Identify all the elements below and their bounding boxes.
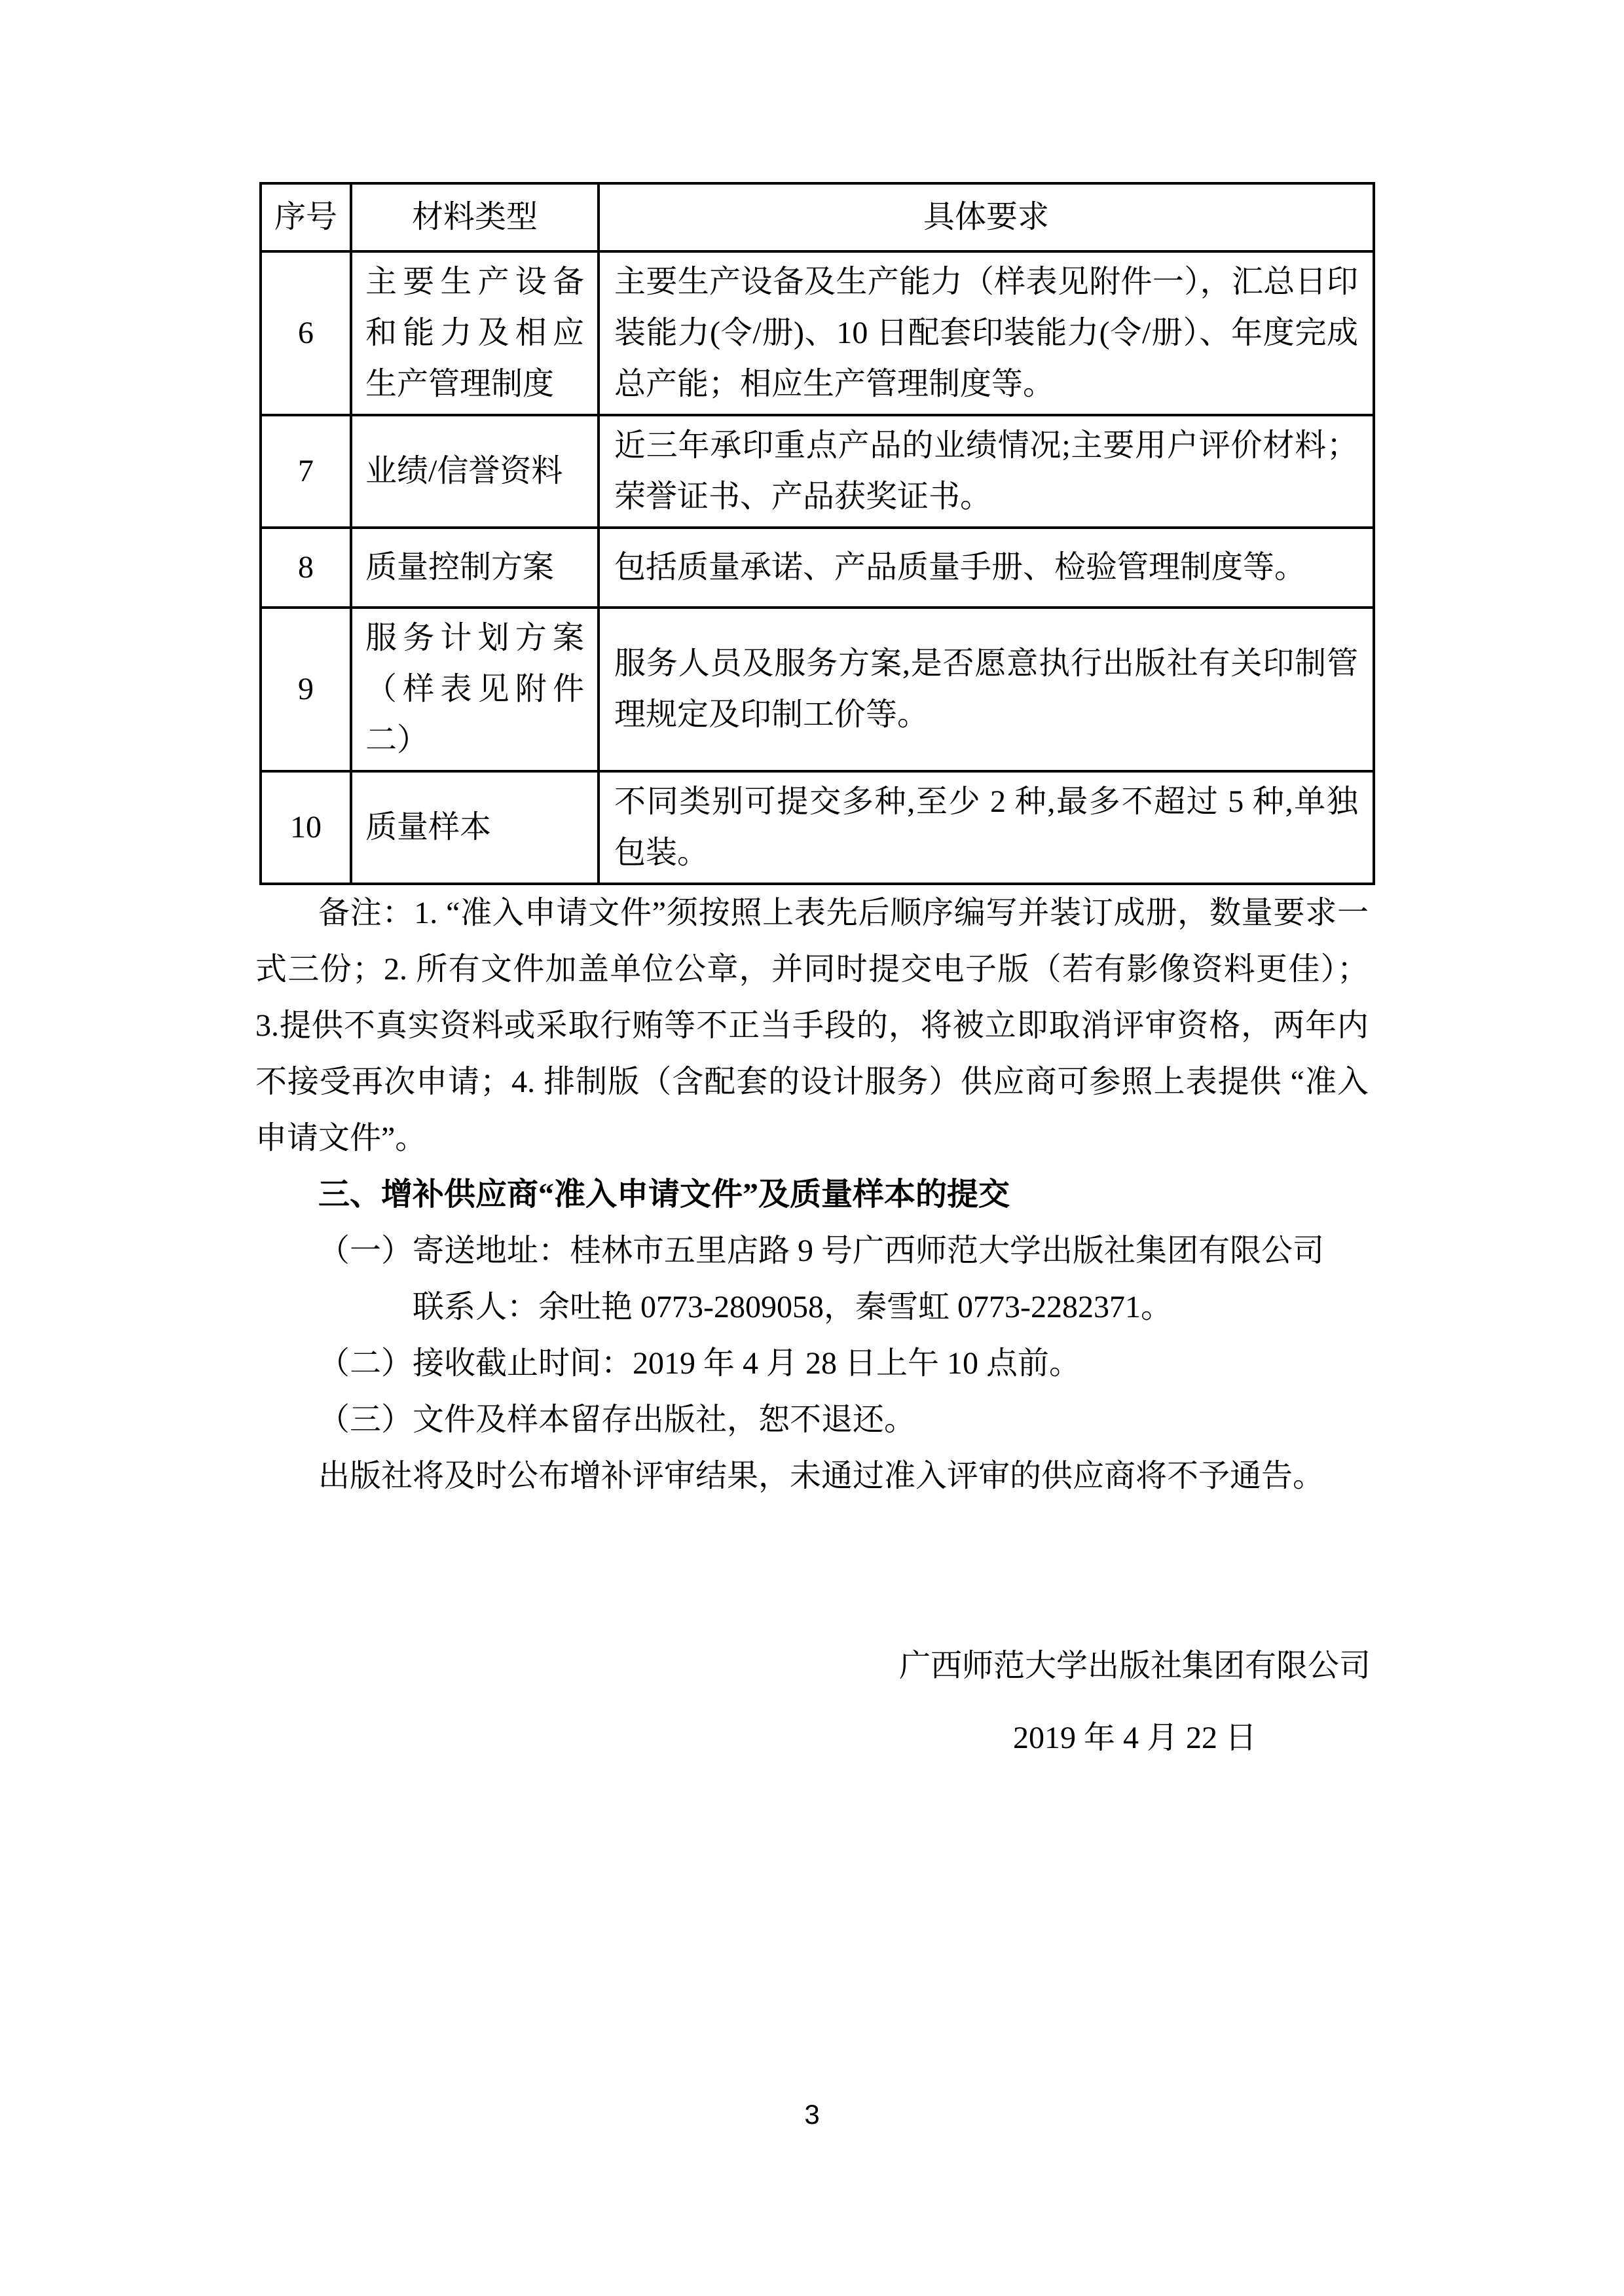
signature-date: 2019 年 4 月 22 日 (885, 1710, 1384, 1766)
table-row: 10 质量样本 不同类别可提交多种,至少 2 种,最多不超过 5 种,单独包装。 (261, 771, 1374, 884)
notes-paragraph: 备注：1. “准入申请文件”须按照上表先后顺序编写并装订成册，数量要求一式三份；… (255, 885, 1369, 1167)
cell-seq: 8 (261, 528, 351, 608)
cell-requirement: 近三年承印重点产品的业绩情况;主要用户评价材料；荣誉证书、产品获奖证书。 (599, 415, 1374, 528)
table-row: 9 服务计划方案（样表见附件二） 服务人员及服务方案,是否愿意执行出版社有关印制… (261, 608, 1374, 771)
cell-seq: 7 (261, 415, 351, 528)
section3-heading: 三、增补供应商“准入申请文件”及质量样本的提交 (255, 1167, 1369, 1223)
cell-seq: 10 (261, 771, 351, 884)
cell-material-type: 主要生产设备和能力及相应生产管理制度 (351, 251, 599, 415)
cell-seq: 6 (261, 251, 351, 415)
document-page: 序号 材料类型 具体要求 6 主要生产设备和能力及相应生产管理制度 主要生产设备… (0, 0, 1624, 2296)
col-header-material-type: 材料类型 (351, 183, 599, 251)
table-row: 6 主要生产设备和能力及相应生产管理制度 主要生产设备及生产能力（样表见附件一）… (261, 251, 1374, 415)
cell-requirement: 主要生产设备及生产能力（样表见附件一），汇总日印装能力(令/册)、10 日配套印… (599, 251, 1374, 415)
col-header-seq: 序号 (261, 183, 351, 251)
section3-contact-line: 联系人：余吐艳 0773-2809058，秦雪虹 0773-2282371。 (255, 1279, 1369, 1336)
cell-material-type: 质量控制方案 (351, 528, 599, 608)
table-row: 7 业绩/信誉资料 近三年承印重点产品的业绩情况;主要用户评价材料；荣誉证书、产… (261, 415, 1374, 528)
cell-seq: 9 (261, 608, 351, 771)
signature-company: 广西师范大学出版社集团有限公司 (885, 1638, 1384, 1694)
table-header-row: 序号 材料类型 具体要求 (261, 183, 1374, 251)
section3-item-address: （一）寄送地址：桂林市五里店路 9 号广西师范大学出版社集团有限公司 (255, 1223, 1369, 1279)
cell-requirement: 不同类别可提交多种,至少 2 种,最多不超过 5 种,单独包装。 (599, 771, 1374, 884)
table-row: 8 质量控制方案 包括质量承诺、产品质量手册、检验管理制度等。 (261, 528, 1374, 608)
cell-requirement: 包括质量承诺、产品质量手册、检验管理制度等。 (599, 528, 1374, 608)
page-number: 3 (0, 2099, 1624, 2130)
cell-material-type: 服务计划方案（样表见附件二） (351, 608, 599, 771)
cell-requirement: 服务人员及服务方案,是否愿意执行出版社有关印制管理规定及印制工价等。 (599, 608, 1374, 771)
section3-item-deadline: （二）接收截止时间：2019 年 4 月 28 日上午 10 点前。 (255, 1336, 1369, 1392)
signature-block: 广西师范大学出版社集团有限公司 2019 年 4 月 22 日 (885, 1638, 1384, 1766)
requirements-table: 序号 材料类型 具体要求 6 主要生产设备和能力及相应生产管理制度 主要生产设备… (259, 182, 1375, 885)
cell-material-type: 质量样本 (351, 771, 599, 884)
section3-item-retention: （三）文件及样本留存出版社，恕不退还。 (255, 1392, 1369, 1448)
body-text: 备注：1. “准入申请文件”须按照上表先后顺序编写并装订成册，数量要求一式三份；… (255, 885, 1369, 1504)
cell-material-type: 业绩/信誉资料 (351, 415, 599, 528)
col-header-requirements: 具体要求 (599, 183, 1374, 251)
closing-paragraph: 出版社将及时公布增补评审结果，未通过准入评审的供应商将不予通告。 (255, 1448, 1369, 1504)
